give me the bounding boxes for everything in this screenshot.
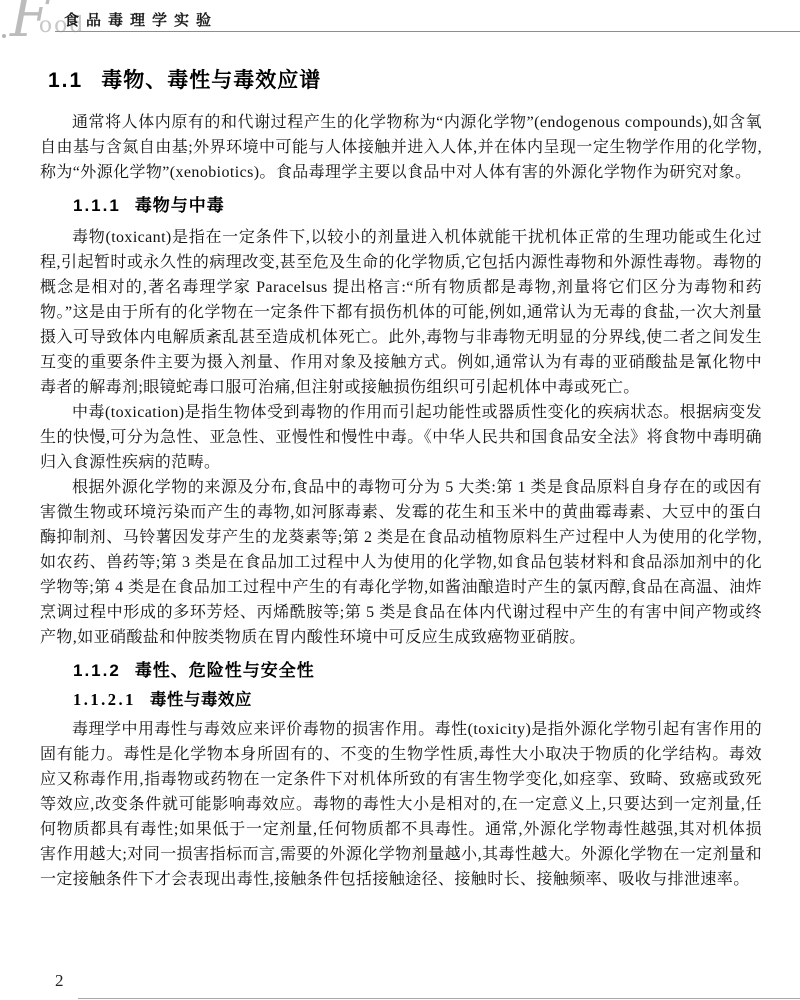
subsection-title: 毒性、危险性与安全性 [135,661,315,680]
section-heading: 1.1毒物、毒性与毒效应谱 [48,68,762,94]
subsubsection-number: 1.1.2.1 [73,690,136,709]
page-body: 1.1毒物、毒性与毒效应谱 通常将人体内原有的和代谢过程产生的化学物称为“内源化… [40,32,762,892]
subsection-number: 1.1.2 [73,661,121,680]
body-paragraph: 根据外源化学物的来源及分布,食品中的毒物可分为 5 大类:第 1 类是食品原料自… [40,475,762,650]
body-paragraph: 中毒(toxication)是指生物体受到毒物的作用而引起功能性或器质性变化的疾… [40,400,762,475]
footer-rule [78,998,800,999]
subsubsection-heading-1-1-2-1: 1.1.2.1毒性与毒效应 [73,690,762,709]
page-number: 2 [55,971,64,991]
subsection-title: 毒物与中毒 [135,196,225,215]
subsection-heading-1-1-2: 1.1.2毒性、危险性与安全性 [73,661,762,681]
section-number: 1.1 [48,69,83,92]
book-title: 食品毒理学实验 [64,9,218,30]
body-paragraph: 毒理学中用毒性与毒效应来评价毒物的损害作用。毒性(toxicity)是指外源化学… [40,717,762,892]
logo-dot-icon [2,34,6,38]
intro-paragraph: 通常将人体内原有的和代谢过程产生的化学物称为“内源化学物”(endogenous… [40,110,762,185]
subsubsection-title: 毒性与毒效应 [150,690,252,709]
body-paragraph: 毒物(toxicant)是指在一定条件下,以较小的剂量进入机体就能干扰机体正常的… [40,225,762,400]
textbook-page: Food 食品毒理学实验 1.1毒物、毒性与毒效应谱 通常将人体内原有的和代谢过… [0,0,800,1000]
section-title: 毒物、毒性与毒效应谱 [101,69,321,92]
subsection-heading-1-1-1: 1.1.1毒物与中毒 [73,196,762,216]
subsection-number: 1.1.1 [73,196,121,215]
